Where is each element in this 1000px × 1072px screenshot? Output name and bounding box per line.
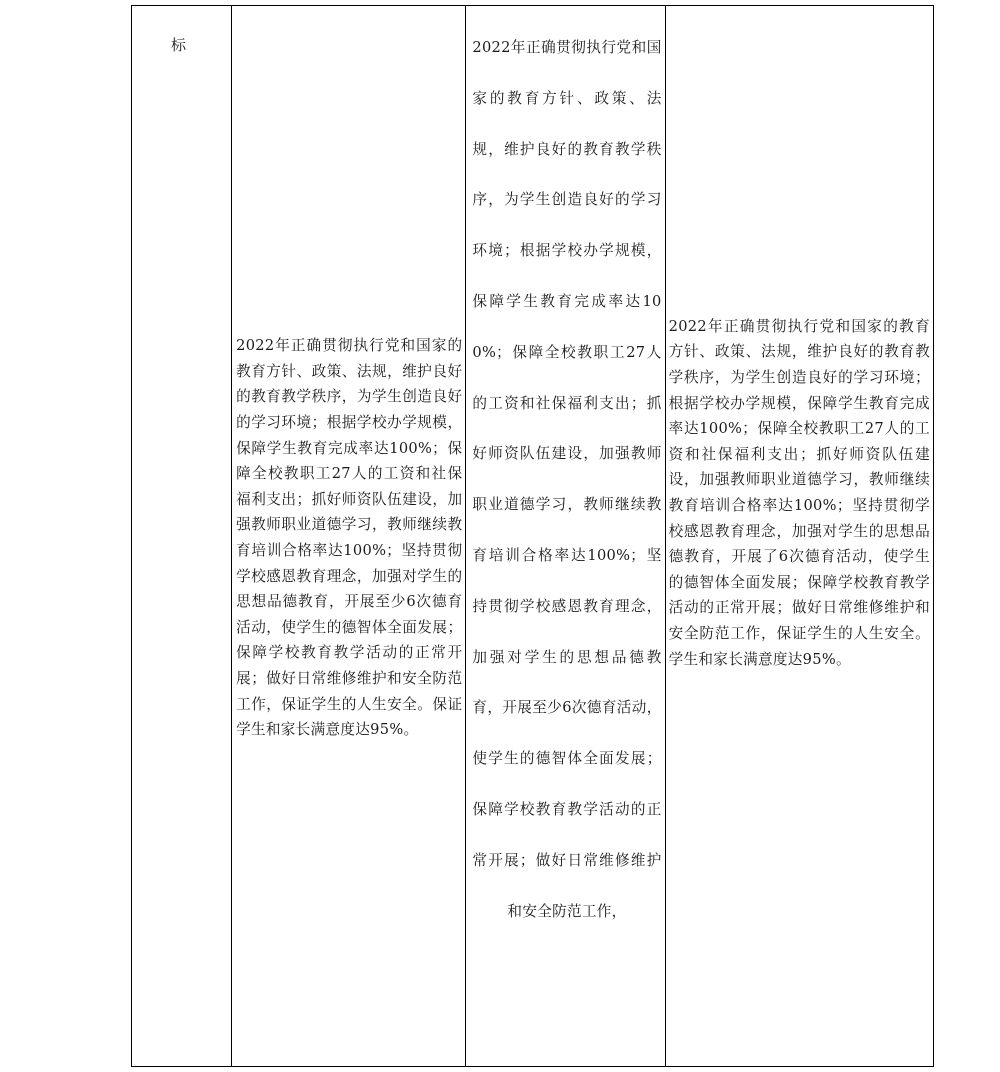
row-label: 标: [132, 34, 232, 55]
row-label-cell: 标: [132, 6, 232, 1067]
column-c-cell: 2022年正确贯彻执行党和国家的教育方针、政策、法规，维护良好的教育教学秩序，为…: [665, 6, 933, 1067]
performance-target-table: 标 2022年正确贯彻执行党和国家的教育方针、政策、法规，维护良好的教育教学秩序…: [131, 5, 934, 1067]
column-a-text: 2022年正确贯彻执行党和国家的教育方针、政策、法规，维护良好的教育教学秩序，为…: [232, 333, 465, 743]
column-b-text: 2022年正确贯彻执行党和国家的教育方针、政策、法规，维护良好的教育教学秩序，为…: [466, 6, 664, 937]
table-row: 标 2022年正确贯彻执行党和国家的教育方针、政策、法规，维护良好的教育教学秩序…: [132, 6, 934, 1067]
column-b-cell: 2022年正确贯彻执行党和国家的教育方针、政策、法规，维护良好的教育教学秩序，为…: [466, 6, 665, 1067]
column-c-text: 2022年正确贯彻执行党和国家的教育方针、政策、法规，维护良好的教育教学秩序，为…: [666, 314, 933, 672]
column-a-cell: 2022年正确贯彻执行党和国家的教育方针、政策、法规，维护良好的教育教学秩序，为…: [232, 6, 466, 1067]
